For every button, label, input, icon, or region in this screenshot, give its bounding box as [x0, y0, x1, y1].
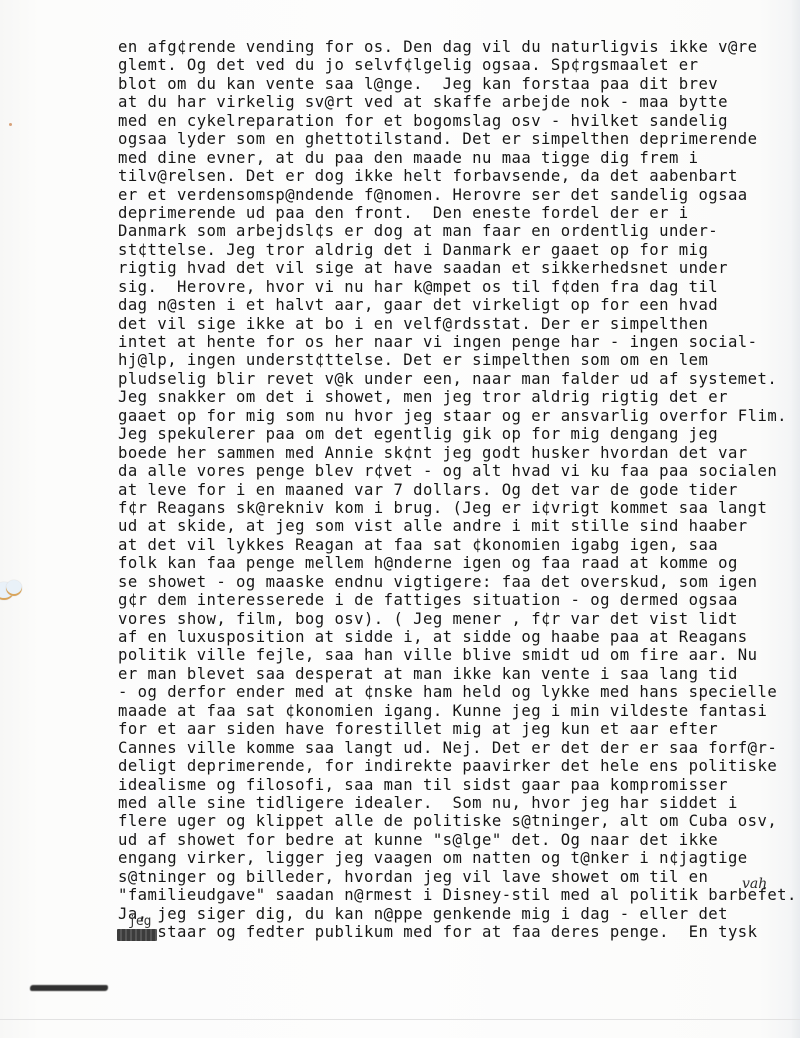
text-line: ud af showet for bedre at kunne "s@lge" …	[118, 831, 798, 849]
interlinear-insertion: jeg	[128, 914, 151, 929]
rust-spot	[9, 123, 12, 126]
text-line: Jeg spekulerer paa om det egentlig gik o…	[118, 425, 798, 443]
struck-out-word	[117, 929, 157, 941]
text-line: glemt. Og det ved du jo selvf¢lgelig ogs…	[118, 56, 798, 74]
page-bottom-edge	[0, 1019, 800, 1020]
text-line: ud at skide, at jeg som vist alle andre …	[118, 517, 798, 535]
paper-page: en afg¢rende vending for os. Den dag vil…	[0, 0, 800, 1038]
text-line: f¢r Reagans sk@rekniv kom i brug. (Jeg e…	[118, 499, 798, 517]
ink-scribble	[30, 985, 108, 991]
text-line: deprimerende ud paa den front. Den enest…	[118, 204, 798, 222]
text-line: da alle vores penge blev r¢vet - og alt …	[118, 462, 798, 480]
text-line: en afg¢rende vending for os. Den dag vil…	[118, 38, 798, 56]
text-line: at det vil lykkes Reagan at faa sat ¢kon…	[118, 536, 798, 554]
text-line: gaaet op for mig som nu hvor jeg staar o…	[118, 407, 798, 425]
text-line: intet at hente for os her naar vi ingen …	[118, 333, 798, 351]
text-line: - og derfor ender med at ¢nske ham held …	[118, 683, 798, 701]
margin-note: vah	[742, 876, 767, 892]
text-line: deligt deprimerende, for indirekte paavi…	[118, 757, 798, 775]
text-line: hj@lp, ingen underst¢ttelse. Det er simp…	[118, 351, 798, 369]
text-line: st¢ttelse. Jeg tror aldrig det i Danmark…	[118, 241, 798, 259]
text-line: tilv@relsen. Det er dog ikke helt forbav…	[118, 167, 798, 185]
text-line: staar og fedter publikum med for at faa …	[118, 923, 798, 941]
text-line: med dine evner, at du paa den maade nu m…	[118, 149, 798, 167]
text-line: engang virker, ligger jeg vaagen om natt…	[118, 849, 798, 867]
text-line: boede her sammen med Annie sk¢nt jeg god…	[118, 444, 798, 462]
text-line: se showet - og maaske endnu vigtigere: f…	[118, 573, 798, 591]
text-line: folk kan faa penge mellem h@nderne igen …	[118, 554, 798, 572]
text-line: Jeg snakker om det i showet, men jeg tro…	[118, 388, 798, 406]
text-line: sig. Herovre, hvor vi nu har k@mpet os t…	[118, 278, 798, 296]
text-line: politik ville fejle, saa han ville blive…	[118, 646, 798, 664]
text-line: s@tninger og billeder, hvordan jeg vil l…	[118, 868, 798, 886]
text-line: er et verdensomsp@ndende f@nomen. Herovr…	[118, 186, 798, 204]
text-line: vores show, film, bog osv). ( Jeg mener …	[118, 610, 798, 628]
text-line: for et aar siden have forestillet mig at…	[118, 720, 798, 738]
text-line: pludselig blir revet v@k under een, naar…	[118, 370, 798, 388]
text-line: med alle sine tidligere idealer. Som nu,…	[118, 794, 798, 812]
letter-body: en afg¢rende vending for os. Den dag vil…	[118, 38, 798, 941]
text-line: "familieudgave" saadan n@rmest i Disney-…	[118, 886, 798, 904]
text-line: Danmark som arbejdsl¢s er dog at man faa…	[118, 222, 798, 240]
text-line: flere uger og klippet alle de politiske …	[118, 812, 798, 830]
text-line: rigtig hvad det vil sige at have saadan …	[118, 259, 798, 277]
text-line: ogsaa lyder som en ghettotilstand. Det e…	[118, 130, 798, 148]
text-line: med en cykelreparation for et bogomslag …	[118, 112, 798, 130]
text-line: blot om du kan vente saa l@nge. Jeg kan …	[118, 75, 798, 93]
text-line: at leve for i en maaned var 7 dollars. O…	[118, 481, 798, 499]
text-line: idealisme og filosofi, saa man til sidst…	[118, 776, 798, 794]
text-line: dag n@sten i et halvt aar, gaar det virk…	[118, 296, 798, 314]
text-line: er man blevet saa desperat at man ikke k…	[118, 665, 798, 683]
text-line: af en luxusposition at sidde i, at sidde…	[118, 628, 798, 646]
text-line: maade at faa sat ¢konomien igang. Kunne …	[118, 702, 798, 720]
text-line: at du har virkelig sv@rt ved at skaffe a…	[118, 93, 798, 111]
text-line: Cannes ville komme saa langt ud. Nej. De…	[118, 739, 798, 757]
text-line: g¢r dem interesserede i de fattiges situ…	[118, 591, 798, 609]
text-line: det vil sige ikke at bo i en velf@rdssta…	[118, 315, 798, 333]
punch-hole-icon	[6, 580, 22, 596]
text-line: Ja, jeg siger dig, du kan n@ppe genkende…	[118, 905, 798, 923]
